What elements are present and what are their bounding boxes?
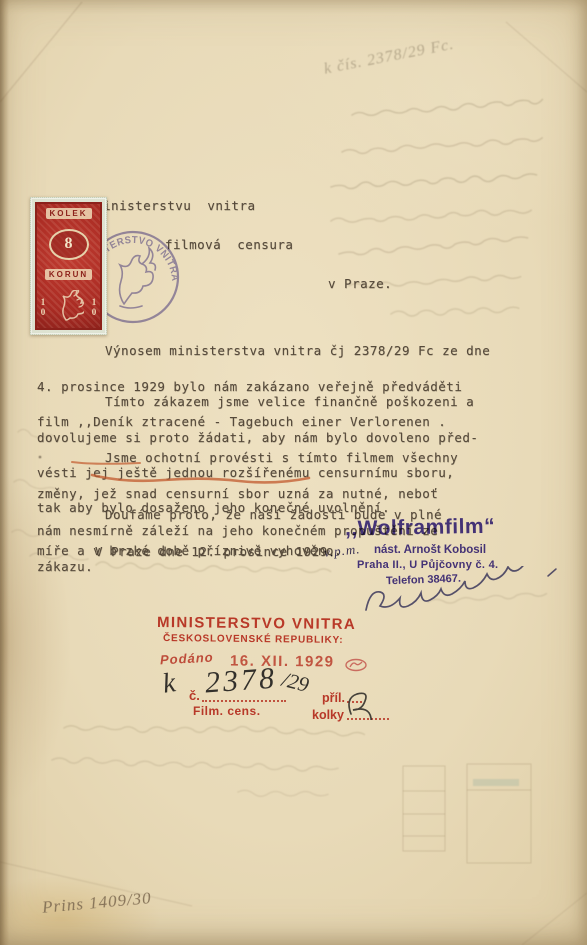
revenue-stamp-value: 8 [49,229,89,260]
registry-stamp-stamps-label: kolky [312,708,344,722]
registry-stamp-line1: MINISTERSTVO VNITRA [157,614,356,633]
revenue-stamp-label: KOLEK [46,208,92,219]
lion-emblem-icon [54,290,84,324]
revenue-stamp-face: KOLEK 8 KORUN 1 0 1 0 [35,202,102,330]
company-stamp-successor: nást. Arnošt Kobosil [374,544,486,556]
revenue-stamp-digits-left: 1 0 [39,297,47,317]
handwritten-signature [352,566,567,621]
registry-stamp-number-label: č. [189,688,200,703]
handwritten-file-number: 2378 [204,662,278,701]
company-stamp-name: ,,Wolframfilm“ [345,515,496,542]
registry-stamp-received-label: Podáno [160,650,214,668]
registry-stamp-line2: ČESKOSLOVENSKÉ REPUBLIKY: [163,633,343,646]
revenue-stamp-digits-right: 1 0 [90,297,98,317]
orange-pencil-underlines [0,0,587,945]
revenue-stamp-unit: KORUN [45,269,92,280]
handwritten-flourish [343,686,377,720]
registry-stamp-attachment-label: příl. [322,691,345,705]
revenue-stamp: KOLEK 8 KORUN 1 0 1 0 [30,197,107,335]
registry-number-dotted-line [202,700,286,702]
registry-stamp-control-mark-icon [344,658,368,672]
registry-stamp-dept: Film. cens. [193,704,261,718]
letter-page: k čís. 2378/29 Fc. KOLEK 8 KORUN 1 0 1 0… [0,0,587,945]
